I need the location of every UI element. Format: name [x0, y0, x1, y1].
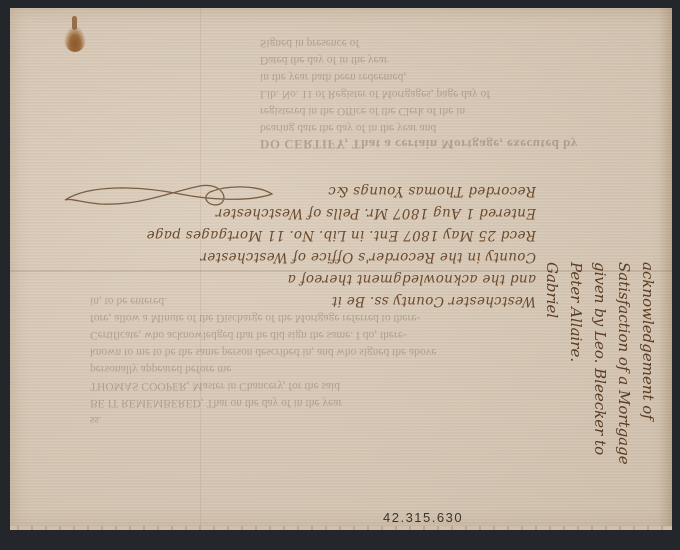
handwriting-line: County in the Recorder's Office of Westc… — [16, 246, 536, 268]
docket-line: given by Leo. Bleecker to — [588, 262, 612, 502]
handwriting-line: Recd 25 May 1807 Ent. in Lib. No. 11 Mor… — [16, 224, 536, 246]
handwriting-line: Westchester County ss. Be it — [16, 290, 536, 312]
handwritten-recording-note: Westchester County ss. Be it and the ack… — [16, 180, 536, 312]
paper-edge-curl — [658, 8, 672, 528]
ink-stain — [64, 26, 86, 52]
handwriting-line: and the acknowledgment thereof a — [16, 268, 536, 290]
docket-endorsement: acknowledgement of Satisfaction of a Mor… — [500, 262, 660, 502]
docket-line: acknowledgement of — [636, 262, 660, 502]
catalog-number: 42.315.630 — [383, 510, 463, 525]
docket-line: Gabriel — [540, 262, 564, 502]
handwriting-line: Entered 1 Aug 1807 Mr. Pells of Westches… — [16, 202, 536, 224]
docket-line: Peter Allaire. — [564, 262, 588, 502]
handwriting-line: Recorded Thomas Youngs &c — [16, 180, 536, 202]
docket-line: Satisfaction of a Mortgage — [612, 262, 636, 502]
paper-torn-edge — [10, 526, 672, 530]
